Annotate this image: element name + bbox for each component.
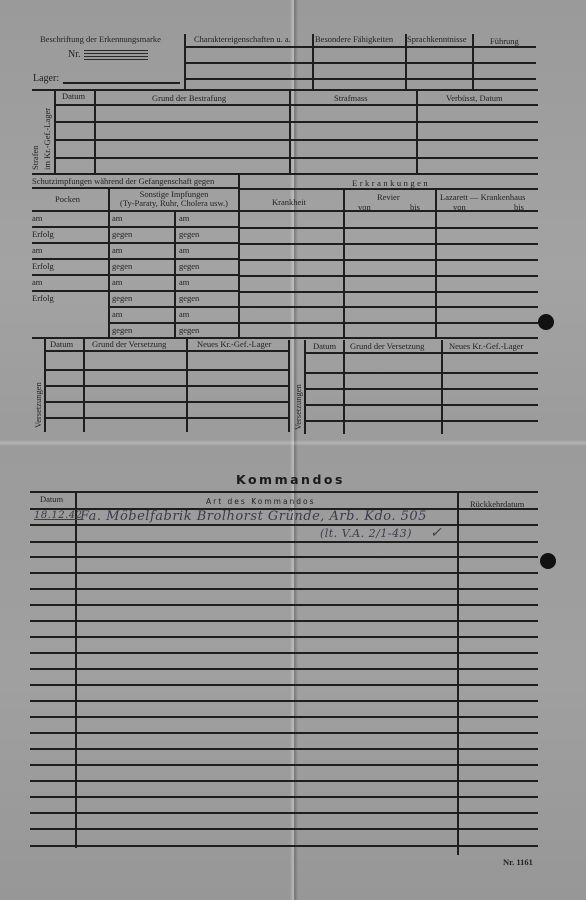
col-lazarett: Lazarett — Krankenhaus: [440, 192, 525, 202]
sonstige-row: gegen: [112, 261, 132, 271]
col-vers-datum-left: Datum: [50, 339, 73, 349]
pocken-label: Pocken: [55, 194, 80, 204]
divider: [472, 34, 474, 90]
divider: [75, 493, 77, 848]
rule: [108, 306, 238, 308]
rule: [240, 306, 538, 308]
lazarett-bis: bis: [514, 202, 524, 212]
sonstige-row: am: [112, 309, 122, 319]
col-charakter: Charaktereigenschaften u. a.: [194, 34, 291, 44]
erkrankungen-title: Erkrankungen: [352, 178, 430, 188]
col-krankheit: Krankheit: [272, 197, 306, 207]
lager-field-line: [63, 82, 180, 84]
rule: [30, 588, 538, 590]
rule: [240, 259, 538, 261]
rule: [30, 780, 538, 782]
nr-redacted-field: [84, 50, 148, 62]
rule: [240, 275, 538, 277]
versetzungen-side-label-left: Versetzungen: [33, 382, 43, 428]
rule: [44, 350, 288, 352]
rule: [44, 401, 288, 403]
rule: [240, 322, 538, 324]
pocken-row: Erfolg: [32, 261, 54, 271]
sonstige-row-2: am: [179, 213, 189, 223]
rule: [30, 700, 538, 702]
rule: [30, 845, 538, 847]
sonstige-row: am: [112, 277, 122, 287]
strafen-side-label: Strafen: [30, 145, 40, 170]
rule: [304, 404, 538, 406]
col-vers-grund-right: Grund der Versetzung: [350, 341, 424, 351]
rule: [30, 652, 538, 654]
rule: [240, 291, 538, 293]
col-vers-grund-left: Grund der Versetzung: [92, 339, 166, 349]
col-strafen-datum: Datum: [62, 91, 85, 101]
rule: [30, 524, 538, 526]
rule: [304, 388, 538, 390]
rule: [32, 242, 238, 244]
revier-bis: bis: [410, 202, 420, 212]
punch-hole: [540, 553, 556, 569]
divider: [54, 90, 56, 173]
rule: [186, 62, 536, 64]
document-page: Beschriftung der Erkennungsmarke Nr. Lag…: [0, 0, 586, 900]
lazarett-von: von: [453, 202, 466, 212]
divider: [94, 90, 96, 173]
sonstige-row-2: am: [179, 277, 189, 287]
section-border: [30, 491, 538, 493]
rule: [30, 764, 538, 766]
col-strafmass: Strafmass: [334, 93, 368, 103]
sonstige-row-2: gegen: [179, 293, 199, 303]
col-komm-datum: Datum: [40, 494, 63, 504]
versetzungen-side-label-right: Versetzungen: [293, 384, 303, 430]
nr-label: Nr.: [68, 50, 81, 60]
rule: [304, 372, 538, 374]
rule: [54, 139, 538, 141]
rule: [30, 796, 538, 798]
beschriftung-label: Beschriftung der Erkennungsmarke: [40, 34, 161, 44]
schutzimpfungen-title: Schutzimpfungen während der Gefangenscha…: [32, 176, 214, 186]
pocken-row: Erfolg: [32, 293, 54, 303]
kommando-datum-value: 18.12.42: [34, 510, 83, 521]
punch-hole: [538, 314, 554, 330]
rule: [240, 227, 538, 229]
fold-crease-horizontal: [0, 440, 586, 446]
col-grund-bestrafung: Grund der Bestrafung: [152, 93, 226, 103]
rule: [30, 716, 538, 718]
pocken-row: Erfolg: [32, 229, 54, 239]
divider: [435, 189, 437, 338]
rule: [32, 258, 238, 260]
rule: [30, 620, 538, 622]
strafen-side-label-2: im Kr.-Gef.-Lager: [42, 108, 52, 170]
kommando-art-value: Fa. Möbelfabrik Brolhorst Gründe, Arb. K…: [80, 509, 427, 524]
rule: [54, 121, 538, 123]
col-verbuesst: Verbüsst, Datum: [446, 93, 503, 103]
rule: [30, 668, 538, 670]
sonstige-row-2: gegen: [179, 325, 199, 335]
rule: [30, 812, 538, 814]
sonstige-row-2: am: [179, 245, 189, 255]
divider: [289, 90, 291, 173]
divider: [457, 493, 459, 855]
rule: [30, 748, 538, 750]
divider: [405, 34, 407, 90]
rule: [240, 243, 538, 245]
pocken-row: am: [32, 277, 42, 287]
rule: [30, 828, 538, 830]
rule: [32, 226, 238, 228]
rule: [30, 541, 538, 543]
sonstige-row: gegen: [112, 325, 132, 335]
lager-label: Lager:: [33, 74, 59, 84]
section-border: [32, 89, 538, 91]
rule: [186, 46, 536, 48]
sonstige-row: gegen: [112, 229, 132, 239]
rule: [32, 290, 238, 292]
rule: [54, 104, 538, 106]
form-number: Nr. 1161: [503, 857, 533, 867]
rule: [30, 732, 538, 734]
rule: [304, 352, 538, 354]
kommandos-title: Kommandos: [236, 472, 345, 487]
sonstige-row-2: gegen: [179, 261, 199, 271]
rule: [304, 420, 538, 422]
col-art-kommandos: Art des Kommandos: [206, 497, 316, 507]
col-faehigkeiten: Besondere Fähigkeiten: [315, 34, 393, 44]
divider: [312, 34, 314, 90]
sonstige-row: gegen: [112, 293, 132, 303]
kommando-art-value-2: (lt. V.A. 2/1-43): [320, 527, 412, 540]
divider: [343, 189, 345, 338]
pocken-row: am: [32, 245, 42, 255]
divider: [238, 173, 240, 338]
sonstige-row: am: [112, 245, 122, 255]
col-fuehrung: Führung: [490, 36, 519, 46]
sonstige-sublabel: (Ty-Paraty, Ruhr, Cholera usw.): [110, 198, 238, 208]
col-revier: Revier: [377, 192, 400, 202]
rule: [186, 78, 536, 80]
col-vers-lager-right: Neues Kr.-Gef.-Lager: [449, 341, 523, 351]
sonstige-row: am: [112, 213, 122, 223]
rule: [44, 417, 288, 419]
col-sprachkenntnisse: Sprachkenntnisse: [407, 34, 467, 44]
section-border: [32, 173, 538, 175]
rule: [238, 188, 538, 190]
col-vers-datum-right: Datum: [313, 341, 336, 351]
rule: [32, 274, 238, 276]
rule: [108, 322, 238, 324]
rule: [30, 556, 538, 558]
rule: [44, 385, 288, 387]
pocken-row: am: [32, 213, 42, 223]
rule: [30, 572, 538, 574]
rule: [54, 157, 538, 159]
divider: [288, 340, 290, 432]
rule: [30, 684, 538, 686]
checkmark-icon: ✓: [430, 525, 442, 541]
sonstige-row-2: am: [179, 309, 189, 319]
revier-von: von: [358, 202, 371, 212]
rule: [30, 604, 538, 606]
rule: [30, 636, 538, 638]
rule: [44, 369, 288, 371]
sonstige-row-2: gegen: [179, 229, 199, 239]
col-vers-lager-left: Neues Kr.-Gef.-Lager: [197, 339, 271, 349]
divider: [416, 90, 418, 173]
